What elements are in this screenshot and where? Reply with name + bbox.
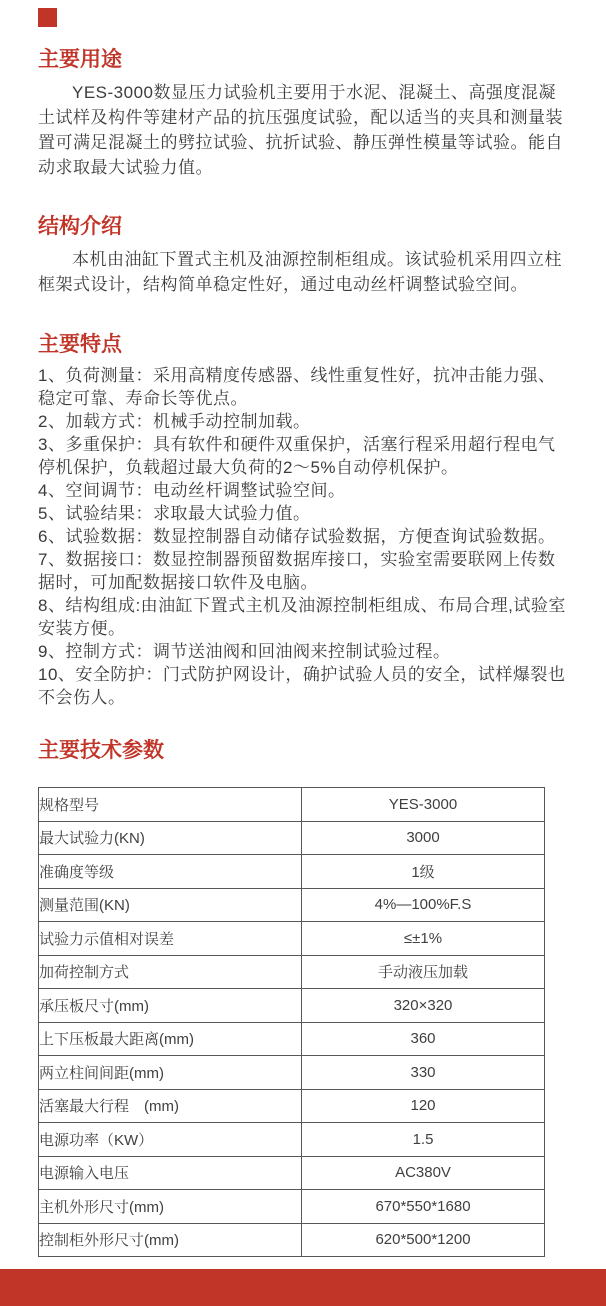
red-corner-mark (38, 8, 57, 27)
spec-row: 承压板尺寸(mm) 320×320 (39, 989, 545, 1023)
spec-row-value: YES-3000 (302, 788, 545, 822)
spec-row: 加荷控制方式 手动液压加载 (39, 955, 545, 989)
spec-row: 试验力示值相对误差 ≤±1% (39, 922, 545, 956)
feature-item: 6、试验数据：数显控制器自动储存试验数据，方便查询试验数据。 (38, 525, 568, 548)
spec-row-value: 120 (302, 1089, 545, 1123)
spec-row: 最大试验力(KN) 3000 (39, 821, 545, 855)
spec-row: 主机外形尺寸(mm) 670*550*1680 (39, 1190, 545, 1224)
spec-row-value: 620*500*1200 (302, 1223, 545, 1257)
feature-item: 10、安全防护：门式防护网设计，确护试验人员的安全，试样爆裂也不会伤人。 (38, 663, 568, 709)
spec-row-label: 电源功率（KW） (39, 1123, 302, 1157)
spec-row-value: 4%—100%F.S (302, 888, 545, 922)
spec-row-value: 320×320 (302, 989, 545, 1023)
spec-row-label: 电源输入电压 (39, 1156, 302, 1190)
spec-row: 电源输入电压 AC380V (39, 1156, 545, 1190)
feature-item: 9、控制方式：调节送油阀和回油阀来控制试验过程。 (38, 640, 568, 663)
feature-item: 8、结构组成:由油缸下置式主机及油源控制柜组成、布局合理,试验室安装方便。 (38, 594, 568, 640)
spec-row-label: 准确度等级 (39, 855, 302, 889)
spec-row-value: 3000 (302, 821, 545, 855)
spec-row-label: 两立柱间间距(mm) (39, 1056, 302, 1090)
usage-paragraph: YES-3000数显压力试验机主要用于水泥、混凝土、高强度混凝土试样及构件等建材… (38, 80, 568, 180)
feature-item: 2、加载方式：机械手动控制加载。 (38, 410, 568, 433)
spec-row: 上下压板最大距离(mm) 360 (39, 1022, 545, 1056)
structure-paragraph: 本机由油缸下置式主机及油源控制柜组成。该试验机采用四立柱框架式设计，结构简单稳定… (38, 247, 568, 297)
spec-row-label: 测量范围(KN) (39, 888, 302, 922)
spec-row-value: 360 (302, 1022, 545, 1056)
section-heading-specs: 主要技术参数 (38, 737, 568, 765)
spec-row: 两立柱间间距(mm) 330 (39, 1056, 545, 1090)
spec-row-label: 承压板尺寸(mm) (39, 989, 302, 1023)
spec-row-value: 670*550*1680 (302, 1190, 545, 1224)
footer-red-bar (0, 1269, 606, 1306)
spec-row: 电源功率（KW） 1.5 (39, 1123, 545, 1157)
product-detail-page: 主要用途 YES-3000数显压力试验机主要用于水泥、混凝土、高强度混凝土试样及… (0, 0, 606, 1306)
feature-item: 3、多重保护：具有软件和硬件双重保护，活塞行程采用超行程电气停机保护，负载超过最… (38, 433, 568, 479)
spec-row-label: 规格型号 (39, 788, 302, 822)
spec-row-value: 330 (302, 1056, 545, 1090)
spec-row: 准确度等级 1级 (39, 855, 545, 889)
spec-row-label: 主机外形尺寸(mm) (39, 1190, 302, 1224)
spec-row-label: 上下压板最大距离(mm) (39, 1022, 302, 1056)
feature-item: 7、数据接口：数显控制器预留数据库接口，实验室需要联网上传数据时，可加配数据接口… (38, 548, 568, 594)
section-heading-features: 主要特点 (38, 331, 568, 359)
feature-item: 4、空间调节：电动丝杆调整试验空间。 (38, 479, 568, 502)
spec-table: 规格型号 YES-3000 最大试验力(KN) 3000 准确度等级 1级 测量… (38, 787, 545, 1257)
spec-row: 活塞最大行程 (mm) 120 (39, 1089, 545, 1123)
feature-item: 5、试验结果：求取最大试验力值。 (38, 502, 568, 525)
spec-row-value: ≤±1% (302, 922, 545, 956)
spec-row-label: 控制柜外形尺寸(mm) (39, 1223, 302, 1257)
spec-row-label: 活塞最大行程 (mm) (39, 1089, 302, 1123)
spec-row-value: 1级 (302, 855, 545, 889)
feature-item: 1、负荷测量：采用高精度传感器、线性重复性好，抗冲击能力强、稳定可靠、寿命长等优… (38, 364, 568, 410)
features-list: 1、负荷测量：采用高精度传感器、线性重复性好，抗冲击能力强、稳定可靠、寿命长等优… (38, 364, 568, 709)
spec-row-value: AC380V (302, 1156, 545, 1190)
spec-row-label: 加荷控制方式 (39, 955, 302, 989)
spec-row-label: 试验力示值相对误差 (39, 922, 302, 956)
spec-row: 控制柜外形尺寸(mm) 620*500*1200 (39, 1223, 545, 1257)
spec-row-value: 手动液压加载 (302, 955, 545, 989)
spec-row-label: 最大试验力(KN) (39, 821, 302, 855)
spec-row: 规格型号 YES-3000 (39, 788, 545, 822)
spec-row: 测量范围(KN) 4%—100%F.S (39, 888, 545, 922)
section-heading-usage: 主要用途 (38, 46, 568, 74)
page-content: 主要用途 YES-3000数显压力试验机主要用于水泥、混凝土、高强度混凝土试样及… (0, 46, 606, 1257)
spec-row-value: 1.5 (302, 1123, 545, 1157)
section-heading-structure: 结构介绍 (38, 213, 568, 241)
